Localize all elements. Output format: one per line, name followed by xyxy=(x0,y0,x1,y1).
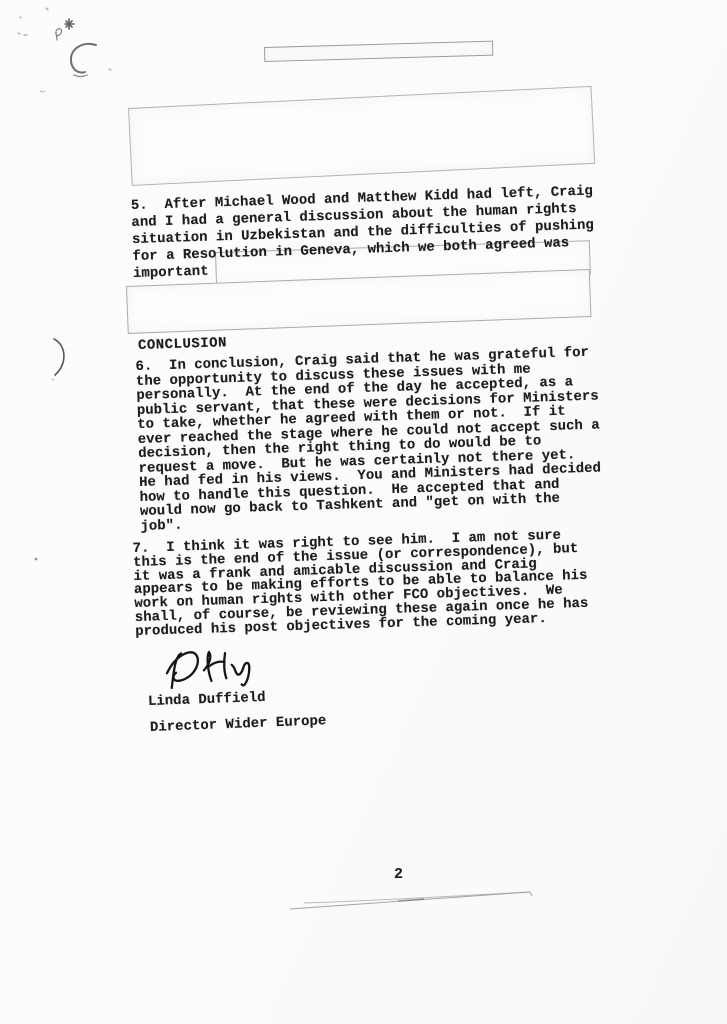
paragraph-6: 6. In conclusion, Craig said that he was… xyxy=(135,346,602,534)
conclusion-heading: CONCLUSION xyxy=(138,335,227,354)
paragraph-5: 5. After Michael Wood and Matthew Kidd h… xyxy=(131,184,596,283)
ink-speck xyxy=(33,556,39,562)
scanned-page: 5. After Michael Wood and Matthew Kidd h… xyxy=(0,0,727,1024)
scanner-line-artifact xyxy=(280,884,544,916)
redaction-block-header xyxy=(128,86,595,186)
redaction-strip-top xyxy=(264,41,493,62)
signer-name: Linda Duffield xyxy=(148,690,266,710)
margin-pen-mark xyxy=(48,335,78,383)
page-number: 2 xyxy=(394,866,403,883)
paragraph-7: 7. I think it was right to see him. I am… xyxy=(132,529,588,640)
scanner-smudge-marks xyxy=(10,5,130,105)
signer-title: Director Wider Europe xyxy=(150,713,327,736)
